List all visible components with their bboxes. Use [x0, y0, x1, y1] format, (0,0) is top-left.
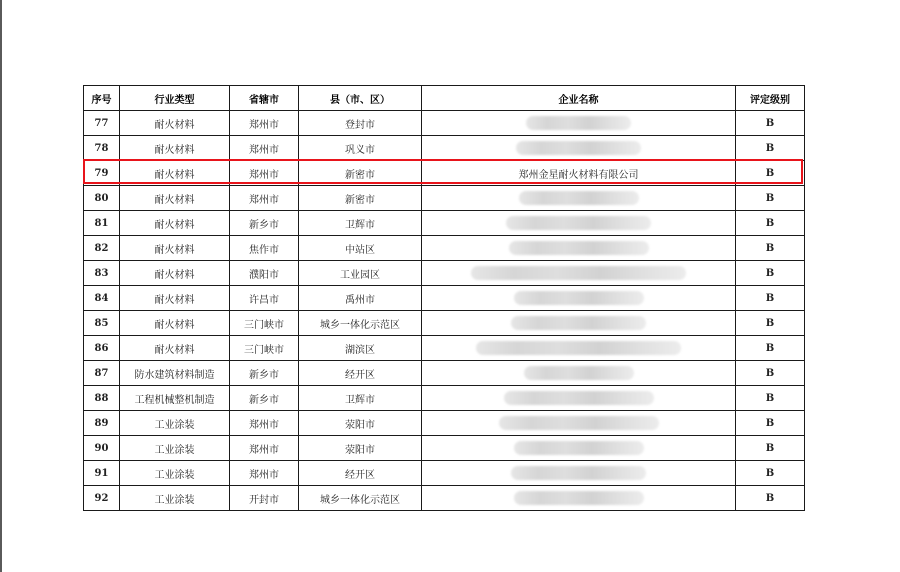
page-left-edge [0, 0, 2, 572]
serial-no-cell: 88 [84, 386, 120, 411]
industry-type-cell: 工业涂装 [120, 436, 230, 461]
county-cell: 卫辉市 [299, 211, 422, 236]
county-cell: 荥阳市 [299, 411, 422, 436]
city-cell: 郑州市 [230, 111, 299, 136]
header-company-name: 企业名称 [422, 86, 736, 111]
industry-type-cell: 防水建筑材料制造 [120, 361, 230, 386]
rating-level-cell: B [736, 336, 805, 361]
enterprise-rating-table: 序号 行业类型 省辖市 县（市、区） 企业名称 评定级别 77耐火材料郑州市登封… [83, 85, 805, 511]
serial-no-cell: 77 [84, 111, 120, 136]
rating-level-cell: B [736, 211, 805, 236]
county-cell: 禹州市 [299, 286, 422, 311]
company-name-cell [422, 411, 736, 436]
county-cell: 城乡一体化示范区 [299, 311, 422, 336]
city-cell: 郑州市 [230, 411, 299, 436]
company-name-cell [422, 111, 736, 136]
redacted-company-name [511, 466, 646, 480]
serial-no-cell: 83 [84, 261, 120, 286]
industry-type-cell: 耐火材料 [120, 336, 230, 361]
serial-no-cell: 91 [84, 461, 120, 486]
serial-no-cell: 81 [84, 211, 120, 236]
table-header-row: 序号 行业类型 省辖市 县（市、区） 企业名称 评定级别 [84, 86, 805, 111]
redacted-company-name [516, 141, 641, 155]
serial-no-cell: 87 [84, 361, 120, 386]
industry-type-cell: 耐火材料 [120, 286, 230, 311]
company-name-cell [422, 236, 736, 261]
table-row: 82耐火材料焦作市中站区B [84, 236, 805, 261]
industry-type-cell: 耐火材料 [120, 136, 230, 161]
serial-no-cell: 79 [84, 161, 120, 186]
industry-type-cell: 耐火材料 [120, 211, 230, 236]
city-cell: 三门峡市 [230, 311, 299, 336]
serial-no-cell: 84 [84, 286, 120, 311]
redacted-company-name [506, 216, 651, 230]
county-cell: 城乡一体化示范区 [299, 486, 422, 511]
redacted-company-name [524, 366, 634, 380]
serial-no-cell: 80 [84, 186, 120, 211]
company-name-cell [422, 461, 736, 486]
company-name-cell [422, 211, 736, 236]
industry-type-cell: 工业涂装 [120, 411, 230, 436]
city-cell: 郑州市 [230, 136, 299, 161]
city-cell: 新乡市 [230, 211, 299, 236]
header-industry-type: 行业类型 [120, 86, 230, 111]
company-name-cell [422, 261, 736, 286]
serial-no-cell: 86 [84, 336, 120, 361]
city-cell: 许昌市 [230, 286, 299, 311]
city-cell: 濮阳市 [230, 261, 299, 286]
header-serial-no: 序号 [84, 86, 120, 111]
county-cell: 工业园区 [299, 261, 422, 286]
redacted-company-name [514, 491, 644, 505]
county-cell: 卫辉市 [299, 386, 422, 411]
company-name-cell [422, 186, 736, 211]
serial-no-cell: 82 [84, 236, 120, 261]
industry-type-cell: 耐火材料 [120, 111, 230, 136]
header-rating-level: 评定级别 [736, 86, 805, 111]
company-name-cell [422, 361, 736, 386]
industry-type-cell: 耐火材料 [120, 236, 230, 261]
county-cell: 中站区 [299, 236, 422, 261]
company-name-cell [422, 336, 736, 361]
industry-type-cell: 耐火材料 [120, 161, 230, 186]
table-row: 91工业涂装郑州市经开区B [84, 461, 805, 486]
rating-level-cell: B [736, 361, 805, 386]
city-cell: 新乡市 [230, 386, 299, 411]
county-cell: 新密市 [299, 186, 422, 211]
county-cell: 经开区 [299, 361, 422, 386]
table-row: 81耐火材料新乡市卫辉市B [84, 211, 805, 236]
company-name-cell [422, 286, 736, 311]
redacted-company-name [526, 116, 631, 130]
city-cell: 郑州市 [230, 186, 299, 211]
rating-level-cell: B [736, 236, 805, 261]
rating-level-cell: B [736, 111, 805, 136]
rating-level-cell: B [736, 261, 805, 286]
table-row: 85耐火材料三门峡市城乡一体化示范区B [84, 311, 805, 336]
serial-no-cell: 85 [84, 311, 120, 336]
industry-type-cell: 耐火材料 [120, 261, 230, 286]
redacted-company-name [499, 416, 659, 430]
table-row: 92工业涂装开封市城乡一体化示范区B [84, 486, 805, 511]
county-cell: 荥阳市 [299, 436, 422, 461]
industry-type-cell: 耐火材料 [120, 311, 230, 336]
industry-type-cell: 工业涂装 [120, 461, 230, 486]
table-row: 83耐火材料濮阳市工业园区B [84, 261, 805, 286]
table-row: 87防水建筑材料制造新乡市经开区B [84, 361, 805, 386]
table-row: 90工业涂装郑州市荥阳市B [84, 436, 805, 461]
company-name-cell [422, 436, 736, 461]
rating-level-cell: B [736, 461, 805, 486]
rating-level-cell: B [736, 386, 805, 411]
header-city: 省辖市 [230, 86, 299, 111]
redacted-company-name [504, 391, 654, 405]
city-cell: 开封市 [230, 486, 299, 511]
company-name-cell [422, 136, 736, 161]
county-cell: 巩义市 [299, 136, 422, 161]
redacted-company-name [476, 341, 681, 355]
table-row: 77耐火材料郑州市登封市B [84, 111, 805, 136]
industry-type-cell: 工程机械整机制造 [120, 386, 230, 411]
rating-level-cell: B [736, 136, 805, 161]
table-row: 78耐火材料郑州市巩义市B [84, 136, 805, 161]
redacted-company-name [511, 316, 646, 330]
table-row: 89工业涂装郑州市荥阳市B [84, 411, 805, 436]
serial-no-cell: 78 [84, 136, 120, 161]
table-row: 79耐火材料郑州市新密市郑州金星耐火材料有限公司B [84, 161, 805, 186]
county-cell: 登封市 [299, 111, 422, 136]
redacted-company-name [514, 291, 644, 305]
redacted-company-name [509, 241, 649, 255]
city-cell: 郑州市 [230, 436, 299, 461]
rating-level-cell: B [736, 486, 805, 511]
header-county: 县（市、区） [299, 86, 422, 111]
county-cell: 新密市 [299, 161, 422, 186]
rating-level-cell: B [736, 286, 805, 311]
rating-level-cell: B [736, 186, 805, 211]
table-row: 80耐火材料郑州市新密市B [84, 186, 805, 211]
rating-level-cell: B [736, 411, 805, 436]
serial-no-cell: 92 [84, 486, 120, 511]
industry-type-cell: 工业涂装 [120, 486, 230, 511]
table-row: 86耐火材料三门峡市湖滨区B [84, 336, 805, 361]
county-cell: 湖滨区 [299, 336, 422, 361]
city-cell: 新乡市 [230, 361, 299, 386]
company-name-cell [422, 386, 736, 411]
redacted-company-name [471, 266, 686, 280]
redacted-company-name [514, 441, 644, 455]
serial-no-cell: 90 [84, 436, 120, 461]
redacted-company-name [519, 191, 639, 205]
serial-no-cell: 89 [84, 411, 120, 436]
county-cell: 经开区 [299, 461, 422, 486]
company-name-cell [422, 486, 736, 511]
table-body: 77耐火材料郑州市登封市B78耐火材料郑州市巩义市B79耐火材料郑州市新密市郑州… [84, 111, 805, 511]
company-name-cell [422, 311, 736, 336]
city-cell: 郑州市 [230, 461, 299, 486]
rating-level-cell: B [736, 161, 805, 186]
rating-level-cell: B [736, 311, 805, 336]
industry-type-cell: 耐火材料 [120, 186, 230, 211]
city-cell: 焦作市 [230, 236, 299, 261]
company-name-cell: 郑州金星耐火材料有限公司 [422, 161, 736, 186]
table-row: 84耐火材料许昌市禹州市B [84, 286, 805, 311]
rating-level-cell: B [736, 436, 805, 461]
city-cell: 郑州市 [230, 161, 299, 186]
city-cell: 三门峡市 [230, 336, 299, 361]
table-row: 88工程机械整机制造新乡市卫辉市B [84, 386, 805, 411]
